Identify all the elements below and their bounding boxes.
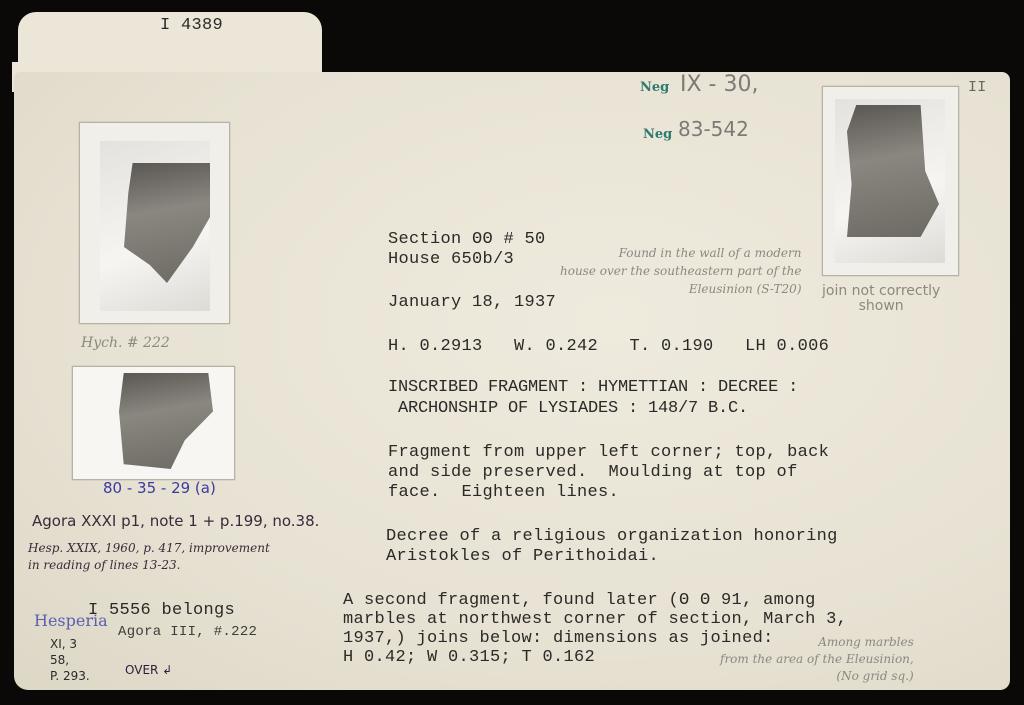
title-line-2: ARCHONSHIP OF LYSIADES : 148/7 B.C.: [388, 399, 748, 419]
neg-stamp-2: Neg: [643, 127, 672, 142]
over-note: OVER ↲: [125, 663, 172, 677]
hesp-note: Hesp. XXIX, 1960, p. 417, improvement in…: [28, 540, 270, 574]
neg-stamp-1: Neg: [640, 80, 669, 95]
joined-photo-left: [72, 366, 235, 480]
marbles-note: Among marbles from the area of the Eleus…: [720, 634, 914, 685]
find-date: January 18, 1937: [388, 293, 556, 313]
agora-ref: Agora III, #.222: [118, 622, 257, 642]
hesperia-ref: XI, 3 58, P. 293.: [50, 636, 90, 684]
section-line: Section ΘΘ # 50: [388, 230, 546, 250]
photo-number: 80 - 35 - 29 (a): [103, 479, 216, 497]
neg-number-2: 83-542: [678, 117, 749, 141]
hych-note: Hych. # 222: [81, 335, 170, 351]
subject: Decree of a religious organization honor…: [386, 527, 838, 567]
dimensions: H. 0.2913 W. 0.242 T. 0.190 LH 0.006: [388, 337, 829, 357]
join-note: join not correctly shown: [822, 284, 940, 314]
found-note: Found in the wall of a modern house over…: [560, 244, 802, 298]
joined-photo-right: [822, 86, 959, 276]
title-line-1: INSCRIBED FRAGMENT : HYMETTIAN : DECREE …: [388, 378, 798, 398]
inventory-number: I 4389: [160, 16, 223, 36]
hesperia-stamp: Hesperia: [34, 611, 108, 630]
house-line: House 650b/3: [388, 250, 514, 270]
corner-mark: II: [968, 78, 987, 98]
neg-number-1: IX - 30,: [680, 72, 758, 97]
fragment-photo-top-left: [79, 122, 230, 324]
belongs-line: I 5556 belongs: [88, 601, 235, 621]
description: Fragment from upper left corner; top, ba…: [388, 443, 829, 503]
agora-note: Agora XXXI p1, note 1 + p.199, no.38.: [32, 512, 319, 530]
